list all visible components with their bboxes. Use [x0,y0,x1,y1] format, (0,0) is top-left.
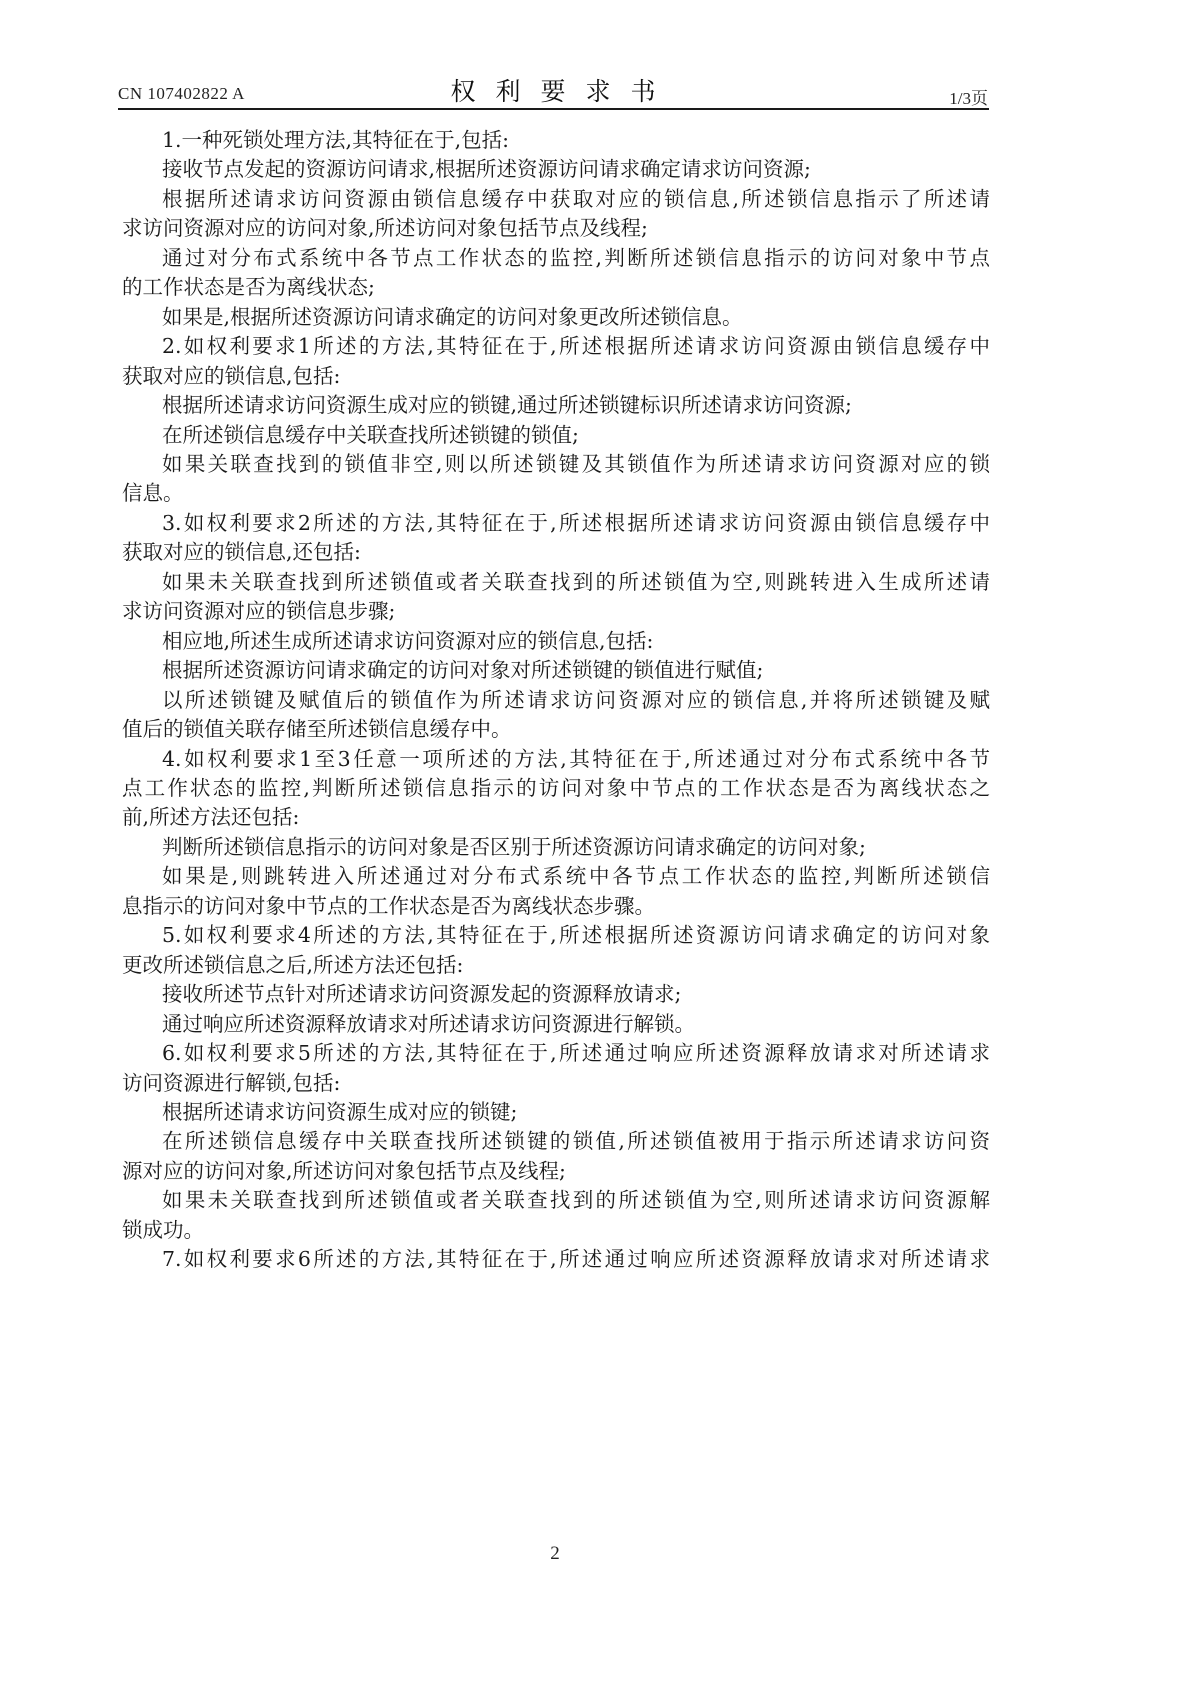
page-header: CN 107402822 A 权利要求书 1/3页 [118,72,988,110]
claim-text-line: 3.如权利要求2所述的方法,其特征在于,所述根据所述请求访问资源由锁信息缓存中 [122,509,990,538]
claim-text-line: 源对应的访问对象,所述访问对象包括节点及线程; [122,1157,990,1186]
claim-text-line: 7.如权利要求6所述的方法,其特征在于,所述通过响应所述资源释放请求对所述请求 [122,1245,990,1274]
claim-text-line: 如果是,则跳转进入所述通过对分布式系统中各节点工作状态的监控,判断所述锁信 [122,862,990,891]
claim-text-line: 根据所述资源访问请求确定的访问对象对所述锁键的锁值进行赋值; [122,656,990,685]
claim-text-line: 信息。 [122,479,990,508]
claim-text-line: 如果未关联查找到所述锁值或者关联查找到的所述锁值为空,则跳转进入生成所述请 [122,568,990,597]
claim-text-line: 1.一种死锁处理方法,其特征在于,包括: [122,126,990,155]
claim-text-line: 在所述锁信息缓存中关联查找所述锁键的锁值; [122,421,990,450]
claim-text-line: 获取对应的锁信息,还包括: [122,538,990,567]
claim-text-line: 相应地,所述生成所述请求访问资源对应的锁信息,包括: [122,627,990,656]
claim-text-line: 5.如权利要求4所述的方法,其特征在于,所述根据所述资源访问请求确定的访问对象 [122,921,990,950]
claim-text-line: 根据所述请求访问资源生成对应的锁键,通过所述锁键标识所述请求访问资源; [122,391,990,420]
document-title: 权利要求书 [118,72,988,108]
claims-body: 1.一种死锁处理方法,其特征在于,包括:接收节点发起的资源访问请求,根据所述资源… [122,126,990,1275]
claim-text-line: 6.如权利要求5所述的方法,其特征在于,所述通过响应所述资源释放请求对所述请求 [122,1039,990,1068]
claim-text-line: 前,所述方法还包括: [122,803,990,832]
claim-text-line: 根据所述请求访问资源由锁信息缓存中获取对应的锁信息,所述锁信息指示了所述请 [122,185,990,214]
claim-text-line: 判断所述锁信息指示的访问对象是否区别于所述资源访问请求确定的访问对象; [122,833,990,862]
claim-text-line: 的工作状态是否为离线状态; [122,273,990,302]
claim-text-line: 在所述锁信息缓存中关联查找所述锁键的锁值,所述锁值被用于指示所述请求访问资 [122,1127,990,1156]
claim-text-line: 如果关联查找到的锁值非空,则以所述锁键及其锁值作为所述请求访问资源对应的锁 [122,450,990,479]
claim-text-line: 求访问资源对应的锁信息步骤; [122,597,990,626]
claim-text-line: 通过响应所述资源释放请求对所述请求访问资源进行解锁。 [122,1010,990,1039]
claim-text-line: 4.如权利要求1至3任意一项所述的方法,其特征在于,所述通过对分布式系统中各节 [122,745,990,774]
claim-text-line: 点工作状态的监控,判断所述锁信息指示的访问对象中节点的工作状态是否为离线状态之 [122,774,990,803]
claim-text-line: 更改所述锁信息之后,所述方法还包括: [122,951,990,980]
page-count: 1/3页 [949,84,988,109]
page-number: 2 [0,1543,1110,1565]
claim-text-line: 2.如权利要求1所述的方法,其特征在于,所述根据所述请求访问资源由锁信息缓存中 [122,332,990,361]
claim-text-line: 以所述锁键及赋值后的锁值作为所述请求访问资源对应的锁信息,并将所述锁键及赋 [122,686,990,715]
claim-text-line: 息指示的访问对象中节点的工作状态是否为离线状态步骤。 [122,892,990,921]
claim-text-line: 如果未关联查找到所述锁值或者关联查找到的所述锁值为空,则所述请求访问资源解 [122,1186,990,1215]
claim-text-line: 如果是,根据所述资源访问请求确定的访问对象更改所述锁信息。 [122,303,990,332]
claim-text-line: 获取对应的锁信息,包括: [122,362,990,391]
claim-text-line: 访问资源进行解锁,包括: [122,1069,990,1098]
claim-text-line: 根据所述请求访问资源生成对应的锁键; [122,1098,990,1127]
claim-text-line: 求访问资源对应的访问对象,所述访问对象包括节点及线程; [122,214,990,243]
claim-text-line: 接收所述节点针对所述请求访问资源发起的资源释放请求; [122,980,990,1009]
header-divider [118,108,989,110]
claim-text-line: 锁成功。 [122,1216,990,1245]
claim-text-line: 接收节点发起的资源访问请求,根据所述资源访问请求确定请求访问资源; [122,155,990,184]
claim-text-line: 通过对分布式系统中各节点工作状态的监控,判断所述锁信息指示的访问对象中节点 [122,244,990,273]
claim-text-line: 值后的锁值关联存储至所述锁信息缓存中。 [122,715,990,744]
